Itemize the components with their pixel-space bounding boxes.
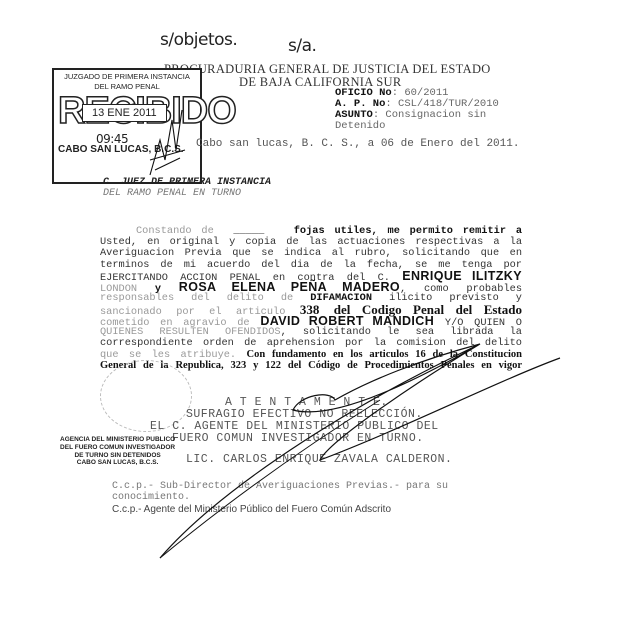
stamp-signature — [150, 110, 185, 175]
main-signature — [160, 344, 560, 558]
signature-strokes — [0, 0, 628, 629]
